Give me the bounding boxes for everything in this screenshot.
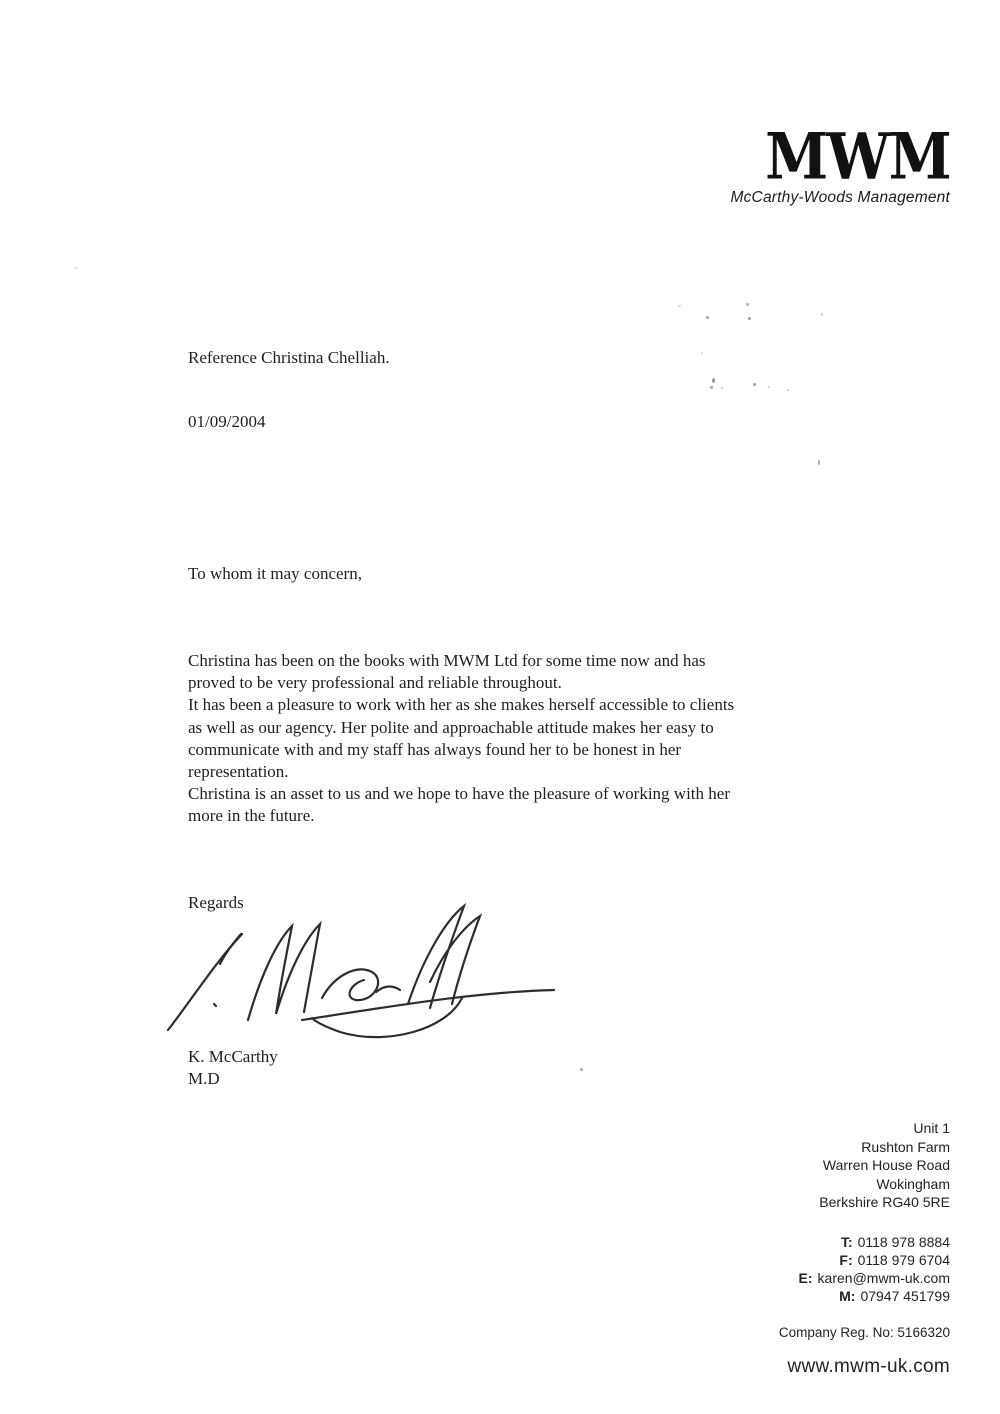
handwritten-signature xyxy=(162,900,562,1045)
logo-wordmark: MWM xyxy=(765,125,950,188)
scan-speck xyxy=(746,303,749,306)
mobile-value: 07947 451799 xyxy=(860,1288,950,1304)
scan-speck xyxy=(721,387,723,389)
scan-speck xyxy=(678,305,681,307)
scan-speck xyxy=(821,313,823,316)
scan-speck xyxy=(818,460,820,465)
phone-label: T: xyxy=(841,1234,853,1250)
company-registration: Company Reg. No: 5166320 xyxy=(779,1325,950,1340)
letter-body: Christina has been on the books with MWM… xyxy=(188,650,888,828)
website-url: www.mwm-uk.com xyxy=(787,1356,950,1378)
scan-speck xyxy=(753,383,756,386)
scan-speck xyxy=(701,352,703,354)
fax-label: F: xyxy=(839,1252,852,1268)
salutation: To whom it may concern, xyxy=(188,563,362,585)
scan-speck xyxy=(710,386,713,389)
signatory-title: M.D xyxy=(188,1068,220,1090)
date-line: 01/09/2004 xyxy=(188,411,265,433)
contact-block: T:0118 978 8884 F:0118 979 6704 E:karen@… xyxy=(799,1233,950,1305)
email-label: E: xyxy=(799,1270,813,1286)
reference-line: Reference Christina Chelliah. xyxy=(188,347,390,369)
scan-speck xyxy=(768,386,770,388)
phone-value: 0118 978 8884 xyxy=(858,1234,950,1250)
fax-value: 0118 979 6704 xyxy=(858,1252,950,1268)
contact-row-email: E:karen@mwm-uk.com xyxy=(799,1269,950,1287)
scan-speck xyxy=(748,317,751,320)
email-value: karen@mwm-uk.com xyxy=(818,1270,950,1286)
scan-speck xyxy=(75,267,78,269)
scan-speck xyxy=(580,1068,583,1071)
contact-row-fax: F:0118 979 6704 xyxy=(799,1251,950,1269)
address-block: Unit 1 Rushton Farm Warren House Road Wo… xyxy=(819,1119,950,1212)
mobile-label: M: xyxy=(839,1288,855,1304)
contact-row-mobile: M:07947 451799 xyxy=(799,1287,950,1305)
company-logo: MWM McCarthy-Woods Management xyxy=(731,126,951,207)
letter-page: MWM McCarthy-Woods Management Reference … xyxy=(0,0,1000,1414)
contact-row-phone: T:0118 978 8884 xyxy=(799,1233,950,1251)
scan-speck xyxy=(706,316,709,319)
signatory-name: K. McCarthy xyxy=(188,1046,278,1068)
scan-speck xyxy=(712,378,715,383)
scan-speck xyxy=(787,389,789,391)
